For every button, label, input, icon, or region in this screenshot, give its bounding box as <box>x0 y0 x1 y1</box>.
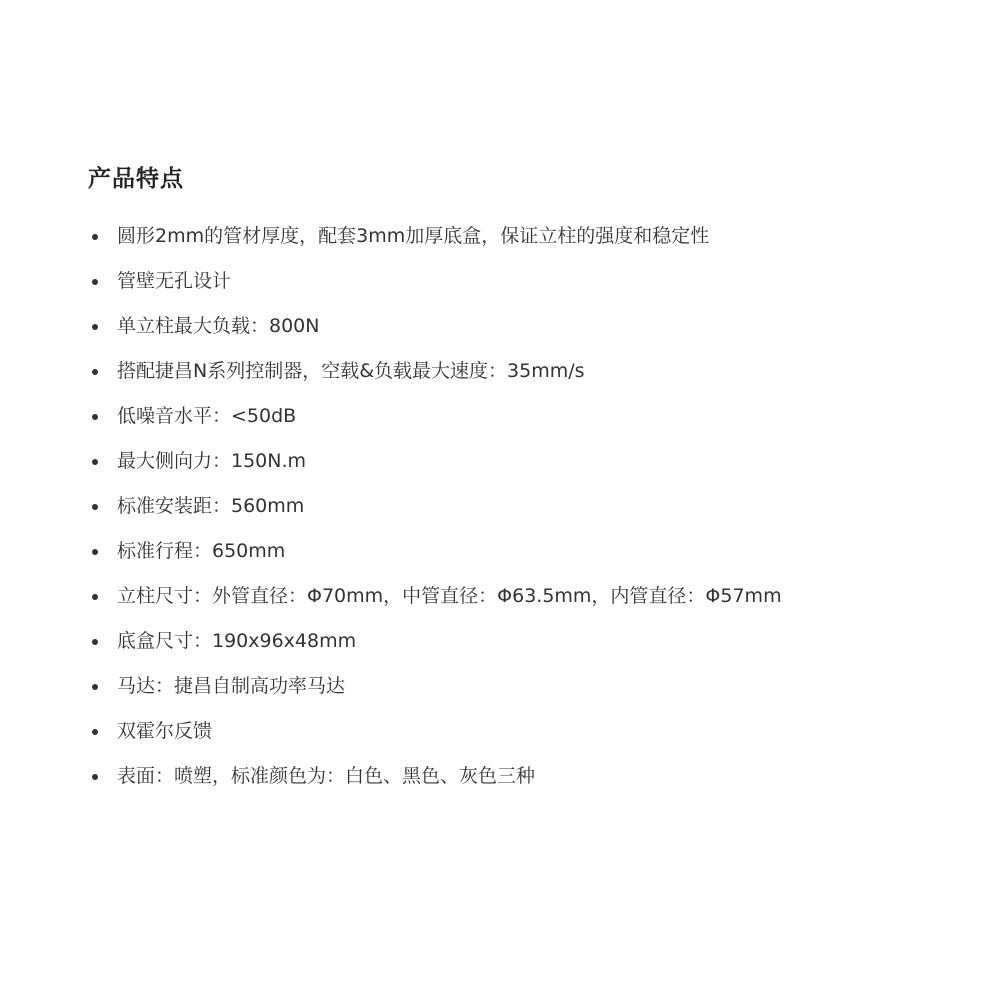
list-item: 最大侧向力：150N.m <box>88 445 782 490</box>
feature-text: 标准安装距：560mm <box>117 490 304 522</box>
feature-list: 圆形2mm的管材厚度，配套3mm加厚底盒，保证立柱的强度和稳定性 管壁无孔设计 … <box>88 220 782 805</box>
list-item: 圆形2mm的管材厚度，配套3mm加厚底盒，保证立柱的强度和稳定性 <box>88 220 782 265</box>
bullet-icon <box>92 594 98 600</box>
bullet-icon <box>92 459 98 465</box>
feature-text: 立柱尺寸：外管直径：Φ70mm，中管直径：Φ63.5mm，内管直径：Φ57mm <box>117 580 782 612</box>
product-features-page: 产品特点 圆形2mm的管材厚度，配套3mm加厚底盒，保证立柱的强度和稳定性 管壁… <box>0 0 1000 1000</box>
bullet-icon <box>92 369 98 375</box>
feature-text: 双霍尔反馈 <box>117 715 212 747</box>
list-item: 管壁无孔设计 <box>88 265 782 310</box>
list-item: 标准安装距：560mm <box>88 490 782 535</box>
feature-text: 单立柱最大负载：800N <box>117 310 319 342</box>
bullet-icon <box>92 684 98 690</box>
feature-text: 管壁无孔设计 <box>117 265 231 297</box>
feature-text: 马达：捷昌自制高功率马达 <box>117 670 345 702</box>
bullet-icon <box>92 414 98 420</box>
feature-text: 最大侧向力：150N.m <box>117 445 306 477</box>
bullet-icon <box>92 324 98 330</box>
feature-text: 低噪音水平：<50dB <box>117 400 296 432</box>
bullet-icon <box>92 279 98 285</box>
feature-text: 标准行程：650mm <box>117 535 285 567</box>
bullet-icon <box>92 774 98 780</box>
bullet-icon <box>92 549 98 555</box>
feature-text: 圆形2mm的管材厚度，配套3mm加厚底盒，保证立柱的强度和稳定性 <box>117 220 709 252</box>
bullet-icon <box>92 504 98 510</box>
list-item: 底盒尺寸：190x96x48mm <box>88 625 782 670</box>
feature-text: 底盒尺寸：190x96x48mm <box>117 625 356 657</box>
list-item: 搭配捷昌N系列控制器，空载&负载最大速度：35mm/s <box>88 355 782 400</box>
list-item: 立柱尺寸：外管直径：Φ70mm，中管直径：Φ63.5mm，内管直径：Φ57mm <box>88 580 782 625</box>
list-item: 标准行程：650mm <box>88 535 782 580</box>
feature-text: 搭配捷昌N系列控制器，空载&负载最大速度：35mm/s <box>117 355 585 387</box>
list-item: 低噪音水平：<50dB <box>88 400 782 445</box>
bullet-icon <box>92 639 98 645</box>
list-item: 表面：喷塑，标准颜色为：白色、黑色、灰色三种 <box>88 760 782 805</box>
list-item: 双霍尔反馈 <box>88 715 782 760</box>
list-item: 单立柱最大负载：800N <box>88 310 782 355</box>
bullet-icon <box>92 234 98 240</box>
list-item: 马达：捷昌自制高功率马达 <box>88 670 782 715</box>
feature-text: 表面：喷塑，标准颜色为：白色、黑色、灰色三种 <box>117 760 535 792</box>
section-title: 产品特点 <box>88 163 184 195</box>
bullet-icon <box>92 729 98 735</box>
